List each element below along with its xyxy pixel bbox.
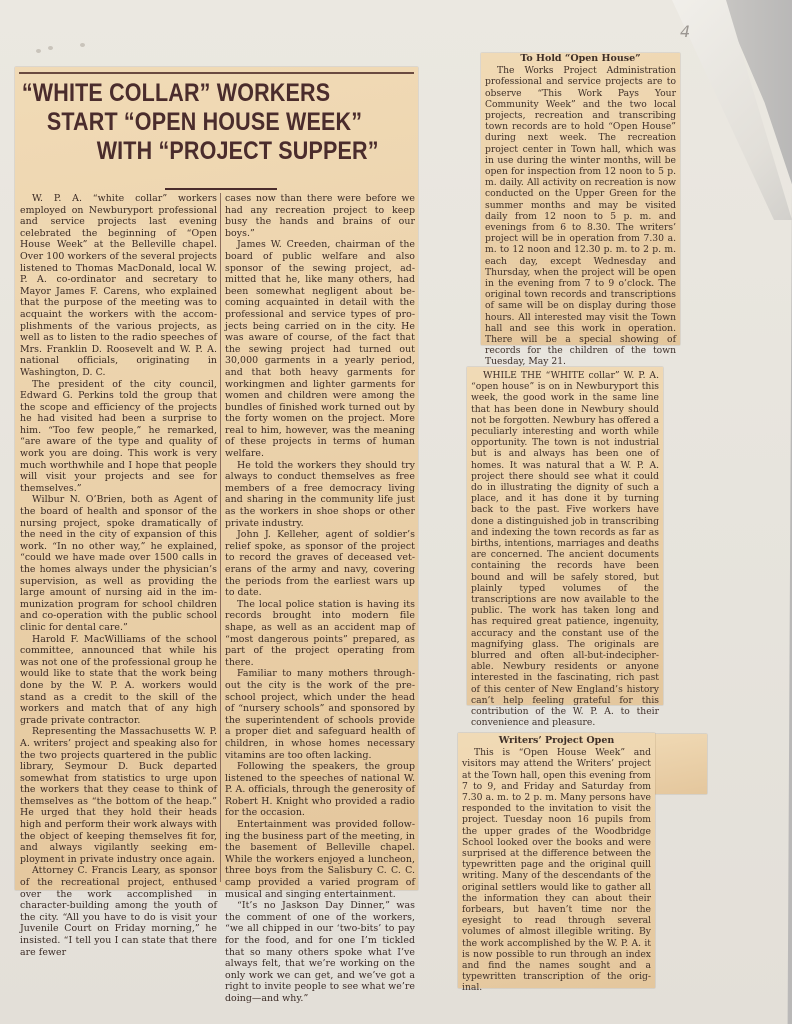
clipping-body: WHILE THE “WHITE collar” W. P. A. “open …	[471, 370, 659, 729]
paragraph: Attorney C. Francis Leary, as sponsor of…	[20, 865, 217, 958]
paragraph: John J. Kelleher, agent of soldier’s rel…	[225, 529, 415, 599]
paragraph: The president of the city council, Edwar…	[20, 379, 217, 495]
paragraph: cases now than there were before we had …	[225, 193, 415, 239]
scrapbook-page: 4 “WHITE COLLAR” WORKERS START “OPEN HOU…	[0, 0, 792, 1024]
punch-mark	[36, 49, 41, 53]
article-column-2: cases now than there were before we had …	[225, 193, 415, 1005]
clipping-title: To Hold “Open House”	[485, 53, 676, 64]
headline-line-3: WITH “PROJECT SUPPER”	[15, 137, 362, 166]
paragraph: Following the speakers, the group listen…	[225, 761, 415, 819]
clipping-body: The Works Project Administration profess…	[485, 65, 676, 367]
paragraph: He told the workers they should try alwa…	[225, 460, 415, 530]
headline-line-2: START “OPEN HOUSE WEEK”	[15, 108, 362, 137]
paragraph: W. P. A. “white collar” workers employed…	[20, 193, 217, 379]
paragraph: The local police station is having its r…	[225, 599, 415, 669]
newbury-clipping: WHILE THE “WHITE collar” W. P. A. “open …	[467, 367, 663, 705]
paragraph: Familiar to many mothers through­out the…	[225, 668, 415, 761]
paragraph: Entertainment was provided follow­ing th…	[225, 819, 415, 900]
page-number: 4	[680, 22, 690, 41]
punch-mark	[80, 43, 85, 47]
clipping-body: This is “Open House Week” and visitors m…	[462, 747, 651, 993]
column-divider	[220, 193, 221, 882]
article-column-1: W. P. A. “white collar” workers employed…	[20, 193, 217, 958]
headline-line-1: “WHITE COLLAR” WORKERS	[15, 79, 362, 108]
paragraph: James W. Creeden, chairman of the board …	[225, 239, 415, 459]
headline-rule	[165, 188, 277, 190]
writers-project-clipping: Writers’ Project Open This is “Open Hous…	[458, 733, 655, 988]
punch-mark	[48, 46, 53, 50]
paragraph: “It’s no Jaskson Day Dinner,” was the co…	[225, 900, 415, 1004]
clipping-title: Writers’ Project Open	[462, 735, 651, 746]
main-article-clipping: “WHITE COLLAR” WORKERS START “OPEN HOUSE…	[15, 67, 418, 890]
paragraph: Wilbur N. O’Brien, both as Agent of the …	[20, 494, 217, 633]
paragraph: Representing the Massachusetts W. P. A. …	[20, 726, 217, 865]
page-fold-shadow	[682, 0, 792, 1024]
top-rule	[19, 72, 414, 74]
paragraph: Harold F. MacWilliams of the school comm…	[20, 634, 217, 727]
open-house-clipping: To Hold “Open House” The Works Project A…	[481, 53, 680, 345]
article-headline: “WHITE COLLAR” WORKERS START “OPEN HOUSE…	[15, 79, 362, 166]
